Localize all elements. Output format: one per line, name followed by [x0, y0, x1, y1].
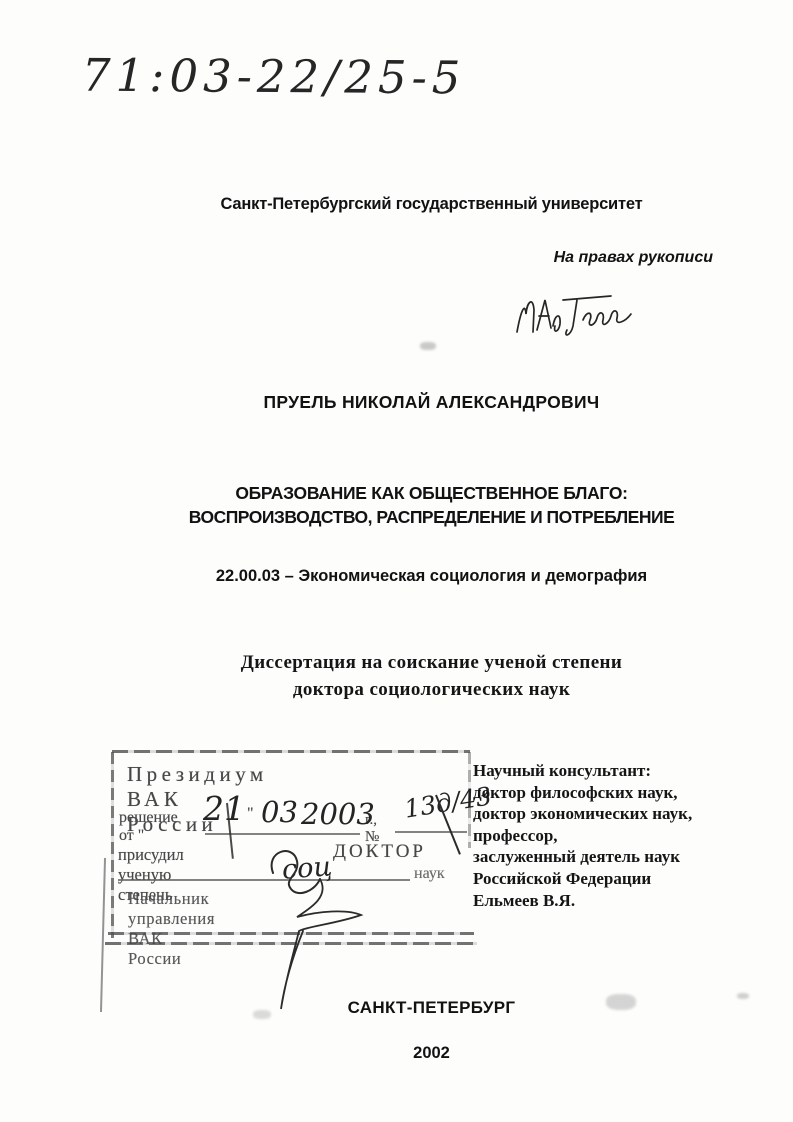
consultant-line: профессор, [473, 825, 783, 847]
scan-artifact [253, 1010, 271, 1019]
dissertation-title-page: 71:03-22/25-5 Санкт-Петербургский госуда… [0, 0, 793, 1122]
scan-artifact [606, 994, 636, 1010]
consultant-line: доктор экономических наук, [473, 803, 783, 825]
specialty-line: 22.00.03 – Экономическая социология и де… [70, 567, 793, 586]
consultant-line: Российской Федерации [473, 868, 783, 890]
consultant-label: Научный консультант: [473, 760, 783, 782]
consultant-line: заслуженный деятель наук [473, 846, 783, 868]
stamp-handwritten-year: 2003 [301, 797, 375, 831]
stamp-handwritten-day: 21 [203, 789, 245, 828]
consultant-line: доктор философских наук, [473, 782, 783, 804]
author-signature [513, 292, 641, 340]
scan-artifact [737, 993, 749, 999]
consultant-line: Ельмеев В.Я. [473, 890, 783, 912]
stamp-border-top [112, 750, 470, 753]
stamp-decision-quote: " [247, 805, 254, 823]
degree-line-1: Диссертация на соискание ученой степени [70, 652, 793, 674]
official-signature-flourish [235, 827, 425, 1019]
stamp-handwritten-month: 03 [261, 795, 298, 829]
degree-line-2: доктора социологических наук [70, 679, 793, 701]
city-line: САНКТ-ПЕТЕРБУРГ [70, 998, 793, 1018]
consultant-block: Научный консультант: доктор философских … [473, 760, 783, 911]
scan-artifact [420, 342, 436, 350]
manuscript-rights-note: На правах рукописи [554, 249, 713, 267]
stamp-border-left [111, 752, 114, 938]
author-name: ПРУЕЛЬ НИКОЛАЙ АЛЕКСАНДРОВИЧ [70, 392, 793, 413]
handwritten-inventory-number: 71:03-22/25-5 [82, 49, 466, 105]
title-line-2: ВОСПРОИЗВОДСТВО, РАСПРЕДЕЛЕНИЕ И ПОТРЕБЛ… [70, 507, 793, 528]
university-name: Санкт-Петербургский государственный унив… [70, 195, 793, 214]
stamp-decision-prefix: решение от " [119, 809, 178, 845]
scan-streak [100, 858, 106, 1012]
title-line-1: ОБРАЗОВАНИЕ КАК ОБЩЕСТВЕННОЕ БЛАГО: [70, 483, 793, 504]
stamp-official-line: Начальник управления ВАК России [128, 889, 215, 969]
year-line: 2002 [70, 1044, 793, 1063]
